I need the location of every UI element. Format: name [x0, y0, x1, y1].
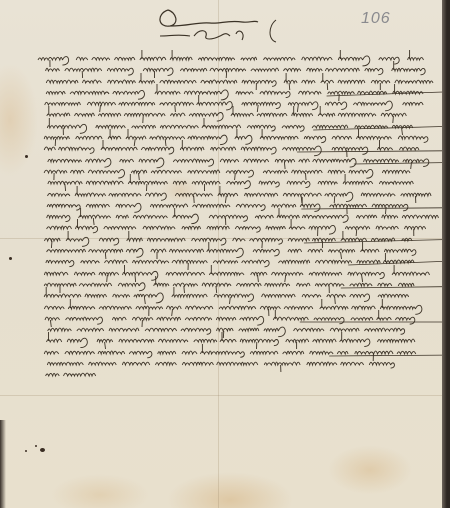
manuscript-line — [38, 188, 420, 199]
manuscript-line — [38, 63, 420, 74]
manuscript-line — [38, 108, 420, 119]
manuscript-line — [38, 312, 420, 323]
manuscript-page: 106 [flourished heading, illegible] [ill… — [0, 0, 444, 508]
manuscript-line — [38, 165, 420, 176]
ink-spot — [25, 155, 28, 158]
manuscript-line — [38, 142, 420, 153]
ink-spot — [9, 257, 12, 260]
folio-number: 106 — [361, 10, 391, 28]
manuscript-line — [38, 346, 420, 357]
manuscript-line — [38, 357, 420, 368]
manuscript-line — [38, 267, 420, 278]
manuscript-line — [38, 131, 420, 142]
manuscript-line — [38, 278, 420, 289]
scan-edge — [0, 420, 6, 508]
ink-spot — [25, 450, 27, 452]
manuscript-line — [38, 120, 420, 131]
ink-spot — [40, 448, 45, 452]
heading-flourish — [150, 6, 290, 46]
manuscript-line — [38, 176, 420, 187]
scan-edge — [442, 0, 450, 508]
manuscript-line — [38, 210, 420, 221]
manuscript-line — [38, 255, 420, 266]
manuscript-line — [38, 97, 420, 108]
manuscript-line — [38, 75, 420, 86]
manuscript-line — [38, 154, 420, 165]
manuscript-line — [38, 368, 420, 379]
manuscript-line — [38, 221, 420, 232]
manuscript-line — [38, 334, 420, 345]
manuscript-line — [38, 301, 420, 312]
manuscript-line — [38, 244, 420, 255]
manuscript-line — [38, 323, 420, 334]
manuscript-line — [38, 199, 420, 210]
manuscript-body — [38, 52, 420, 380]
ink-spot — [35, 445, 37, 447]
manuscript-line — [38, 289, 420, 300]
manuscript-line — [38, 86, 420, 97]
manuscript-line — [38, 52, 420, 63]
fold-line — [0, 395, 444, 396]
